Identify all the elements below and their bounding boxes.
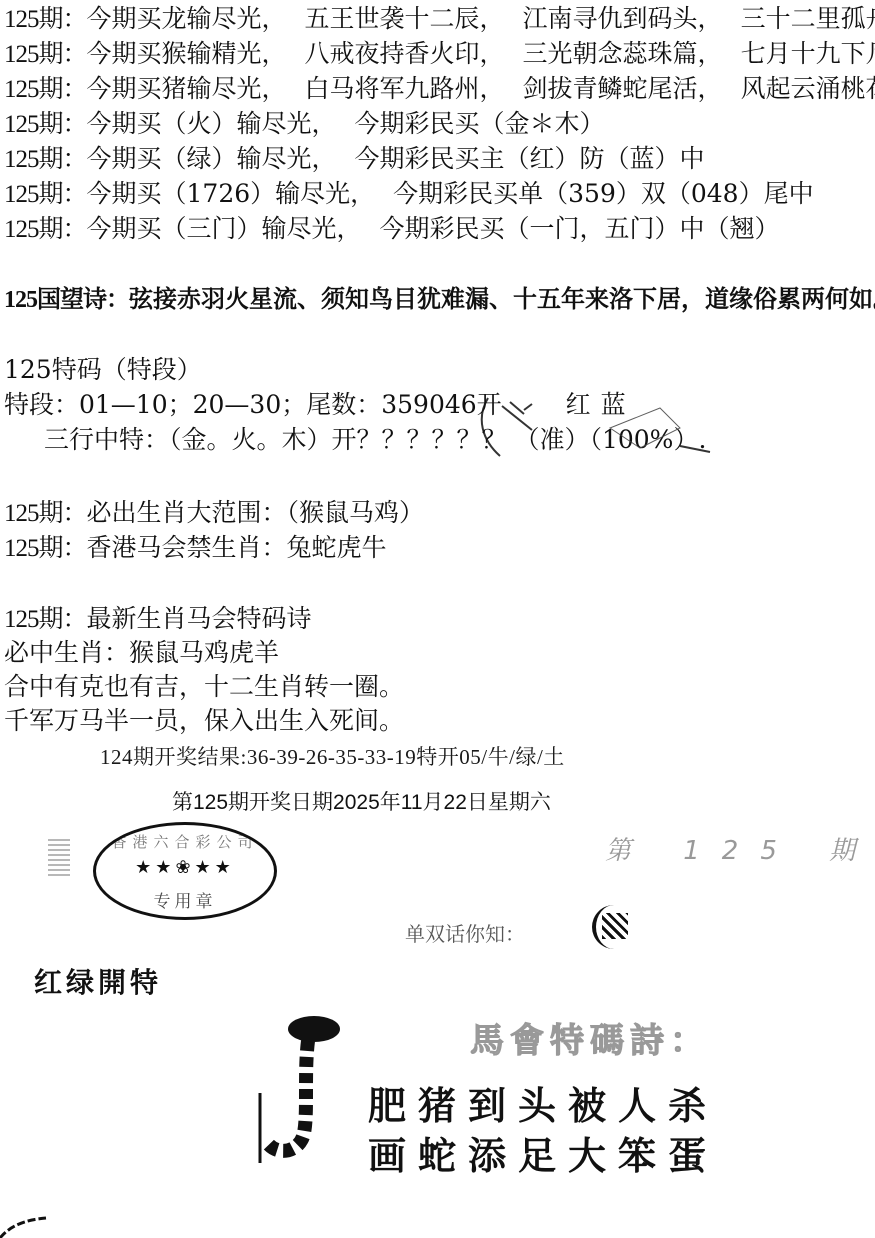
verse-part: 今期彩民买单（359）双（048）尾中: [393, 179, 813, 208]
prediction-line-4: 125期：今期买（火）输尽光，今期彩民买（金＊木）: [4, 109, 605, 140]
verse-part: 江南寻仇到码头，: [523, 4, 723, 33]
zodiac-line-1: 125期：必出生肖大范围：（猴鼠马鸡）: [4, 498, 424, 529]
verse-part: 白马将军九路州，: [305, 74, 505, 103]
prediction-line-7: 125期：今期买（三门）输尽光，今期彩民买（一门，五门）中（翘）: [4, 214, 780, 245]
zodiac-line-2: 125期：香港马会禁生肖：兔蛇虎牛: [4, 533, 387, 564]
odd-even-scribble: [592, 905, 636, 949]
verse-part: 五王世袭十二辰，: [305, 4, 505, 33]
verse-part: 今期彩民买（一门，五门）中（翘）: [380, 214, 780, 243]
zodiac-text: 必出生肖大范围：（猴鼠马鸡）: [87, 498, 425, 527]
poem-section-title: 最新生肖马会特码诗: [87, 604, 312, 633]
verse-part: 三光朝念蕊珠篇，: [523, 39, 723, 68]
prediction-line-5: 125期：今期买（绿）输尽光，今期彩民买主（红）防（蓝）中: [4, 144, 705, 175]
draw-date: 第125期开奖日期2025年11月22日星期六: [172, 786, 551, 816]
stamp-top-text: 香港六合彩公司: [96, 831, 274, 852]
verse-part: 风起云涌桃花源。: [741, 74, 875, 103]
prediction-text: 今期买龙输尽光，: [87, 4, 287, 33]
red-green-label: 红绿開特: [34, 961, 162, 1001]
poem-line-1: 合中有克也有吉，十二生肖转一圈。: [4, 672, 404, 702]
issue-label: 125期：: [4, 146, 87, 173]
stamp-bottom-text: 专用章: [96, 887, 274, 912]
verse-part: 八戒夜持香火印，: [305, 39, 505, 68]
prediction-text: 今期买（三门）输尽光，: [87, 214, 362, 243]
prediction-line-1: 125期：今期买龙输尽光，五王世袭十二辰，江南寻仇到码头，三十二里孤舟追。: [4, 4, 875, 35]
poem-line-2: 千军万马半一员，保入出生入死间。: [4, 706, 404, 736]
national-poem: 125国望诗：弦接赤羽火星流、须知鸟目犹难漏、十五年来洛下居，道缘俗累两何如。: [4, 284, 875, 315]
prediction-text: 今期买猴输精光，: [87, 39, 287, 68]
prediction-text: 今期买猪输尽光，: [87, 74, 287, 103]
verse-part: 剑拔青鳞蛇尾活，: [523, 74, 723, 103]
snake-icon: [256, 1013, 346, 1163]
prediction-line-3: 125期：今期买猪输尽光，白马将军九路州，剑拔青鳞蛇尾活，风起云涌桃花源。: [4, 74, 875, 105]
issue-label: 125期：: [4, 500, 87, 527]
last-draw-result: 124期开奖结果:36-39-26-35-33-19特开05/牛/绿/土: [100, 741, 565, 771]
issue-label: 125期：: [4, 181, 87, 208]
verse-part: 今期彩民买（金＊木）: [355, 109, 605, 138]
prediction-line-6: 125期：今期买（1726）输尽光，今期彩民买单（359）双（048）尾中: [4, 179, 814, 210]
zodiac-text: 香港马会禁生肖：兔蛇虎牛: [87, 533, 387, 562]
issue-label: 125期：: [4, 111, 87, 138]
must-hit-zodiac: 必中生肖：猴鼠马鸡虎羊: [4, 638, 279, 668]
faded-issue-label: 第 125 期: [605, 830, 875, 867]
five-elements-text: 三行中特：（金。火。木）开？？？？？？: [44, 425, 507, 454]
verse-part: 七月十九下凡间。: [741, 39, 875, 68]
special-code-title: 125特码（特段）: [4, 355, 202, 385]
stamp-stars-icon: ★★❀★★: [96, 857, 274, 878]
horse-poem-line-1: 肥猪到头被人杀: [368, 1075, 718, 1130]
poem-section-header: 125期：最新生肖马会特码诗: [4, 604, 312, 635]
issue-label: 125期：: [4, 606, 87, 633]
stamp-side-mark: [48, 838, 70, 876]
prediction-line-2: 125期：今期买猴输精光，八戒夜持香火印，三光朝念蕊珠篇，七月十九下凡间。: [4, 39, 875, 70]
issue-label: 125期：: [4, 76, 87, 103]
national-poem-text: 弦接赤羽火星流、须知鸟目犹难漏、十五年来洛下居，道缘俗累两何如。: [129, 284, 875, 313]
official-stamp: 香港六合彩公司 ★★❀★★ 专用章: [93, 822, 277, 920]
national-poem-label: 125国望诗：: [4, 287, 129, 313]
segments-text: 特段：01—10；20—30；尾数：359046开: [4, 390, 502, 419]
prediction-text: 今期买（火）输尽光，: [87, 109, 337, 138]
verse-part: 今期彩民买主（红）防（蓝）中: [355, 144, 705, 173]
issue-label: 125期：: [4, 535, 87, 562]
prediction-text: 今期买（绿）输尽光，: [87, 144, 337, 173]
horse-poem-title: 馬會特碼詩：: [470, 1013, 710, 1062]
issue-label: 125期：: [4, 216, 87, 243]
issue-label: 125期：: [4, 6, 87, 33]
verse-part: 三十二里孤舟追。: [741, 4, 875, 33]
horse-poem-line-2: 画蛇添足大笨蛋: [368, 1125, 718, 1180]
odd-even-label: 单双话你知：: [405, 918, 525, 947]
prediction-text: 今期买（1726）输尽光，: [87, 179, 376, 208]
issue-label: 125期：: [4, 41, 87, 68]
scribble-mark: [480, 388, 730, 460]
corner-scribble: [0, 1214, 50, 1238]
